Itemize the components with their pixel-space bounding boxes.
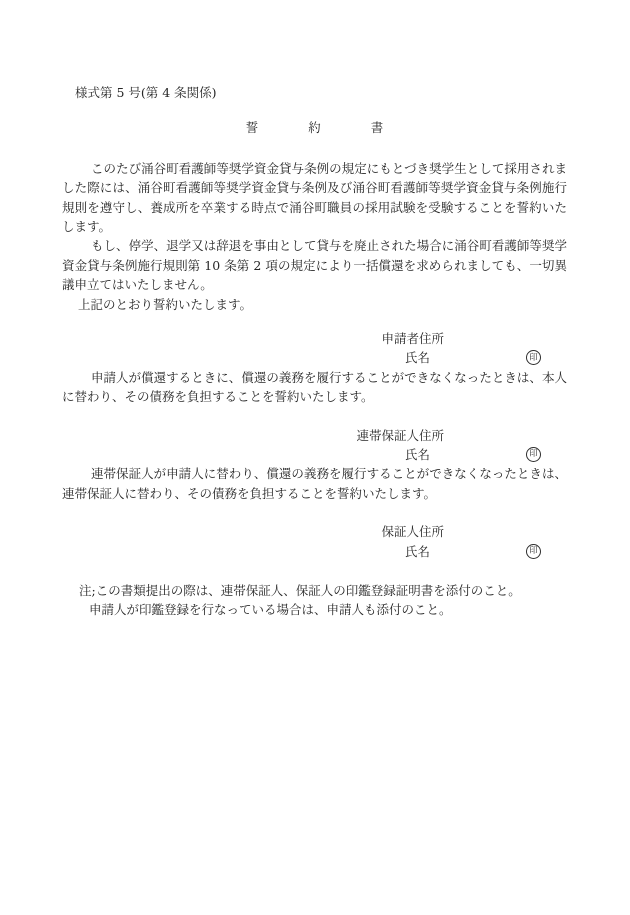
- oath-closing-line: 上記のとおり誓約いたします。: [62, 295, 567, 314]
- applicant-address-label: 申請者住所: [62, 329, 444, 348]
- form-number: 様式第 5 号(第 4 条関係): [75, 83, 630, 102]
- applicant-name-row: 氏名 印: [62, 348, 567, 367]
- guarantor-seal-stamp-icon: 印: [526, 544, 541, 559]
- guarantor-signature-block: 保証人住所 氏名 印: [62, 522, 567, 561]
- guarantor-address-label: 保証人住所: [62, 522, 444, 541]
- oath-paragraph-2: もし、停学、退学又は辞退を事由として貸与を廃止された場合に涌谷町看護師等奨学資金…: [62, 236, 567, 294]
- applicant-seal-stamp-icon: 印: [526, 350, 541, 365]
- document-body: このたび涌谷町看護師等奨学資金貸与条例の規定にもとづき奨学生として採用されました…: [62, 159, 567, 620]
- joint-guarantor-seal-stamp-icon: 印: [526, 447, 541, 462]
- joint-guarantor-address-label: 連帯保証人住所: [62, 426, 444, 445]
- joint-guarantor-pledge-paragraph: 申請人が償還するときに、償還の義務を履行することができなくなったときは、本人に替…: [62, 368, 567, 407]
- oath-form-page: 様式第 5 号(第 4 条関係) 誓 約 書 このたび涌谷町看護師等奨学資金貸与…: [0, 0, 630, 915]
- applicant-name-label: 氏名: [405, 348, 430, 367]
- footer-notes: 注;この書類提出の際は、連帯保証人、保証人の印鑑登録証明書を添付のこと。 申請人…: [62, 581, 567, 620]
- note-line-2: 申請人が印鑑登録を行なっている場合は、申請人も添付のこと。: [62, 600, 567, 619]
- guarantor-name-label: 氏名: [405, 542, 430, 561]
- joint-guarantor-name-row: 氏名 印: [62, 445, 567, 464]
- joint-guarantor-signature-block: 連帯保証人住所 氏名 印: [62, 426, 567, 465]
- document-title: 誓 約 書: [62, 118, 567, 137]
- guarantor-name-row: 氏名 印: [62, 542, 567, 561]
- joint-guarantor-name-label: 氏名: [405, 445, 430, 464]
- note-line-1: 注;この書類提出の際は、連帯保証人、保証人の印鑑登録証明書を添付のこと。: [62, 581, 567, 600]
- applicant-signature-block: 申請者住所 氏名 印: [62, 329, 567, 368]
- oath-paragraph-1: このたび涌谷町看護師等奨学資金貸与条例の規定にもとづき奨学生として採用されました…: [62, 159, 567, 237]
- guarantor-pledge-paragraph: 連帯保証人が申請人に替わり、償還の義務を履行することができなくなったときは、連帯…: [62, 464, 567, 503]
